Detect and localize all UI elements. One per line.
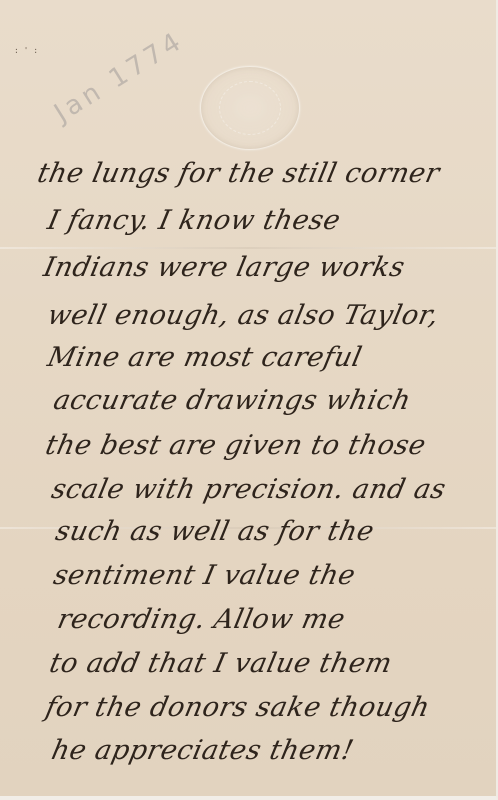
letter-line-9: such as well as for the <box>53 516 377 547</box>
letter-line-7: the best are given to those <box>43 430 429 461</box>
letter-page: : ' : Jan 1774 the lungs for the still c… <box>0 0 498 800</box>
pencil-date-annotation: Jan 1774 <box>49 25 189 128</box>
paper-fold-upper <box>0 247 496 249</box>
embossed-seal-icon <box>200 66 300 150</box>
margin-marks: : ' : <box>14 48 38 54</box>
letter-line-1: the lungs for the still corner <box>35 158 443 189</box>
letter-line-12: to add that I value them <box>47 648 395 679</box>
letter-line-10: sentiment I value the <box>51 560 359 591</box>
letter-line-2: I fancy. I know these <box>45 205 344 236</box>
letter-line-5-text: Mine are most careful <box>45 342 365 373</box>
letter-line-3: Indians were large works <box>41 252 408 283</box>
letter-line-4: well enough, as also Taylor, <box>45 300 442 331</box>
letter-line-14: he appreciates them! <box>49 735 357 766</box>
letter-line-6: accurate drawings which <box>51 385 414 416</box>
letter-line-5: Mine are most careful <box>45 342 365 373</box>
seal-crest-icon <box>219 81 281 135</box>
letter-line-13: for the donors sake though <box>43 692 433 723</box>
letter-line-11: recording. Allow me <box>55 604 348 635</box>
letter-line-8: scale with precision. and as <box>49 474 449 505</box>
